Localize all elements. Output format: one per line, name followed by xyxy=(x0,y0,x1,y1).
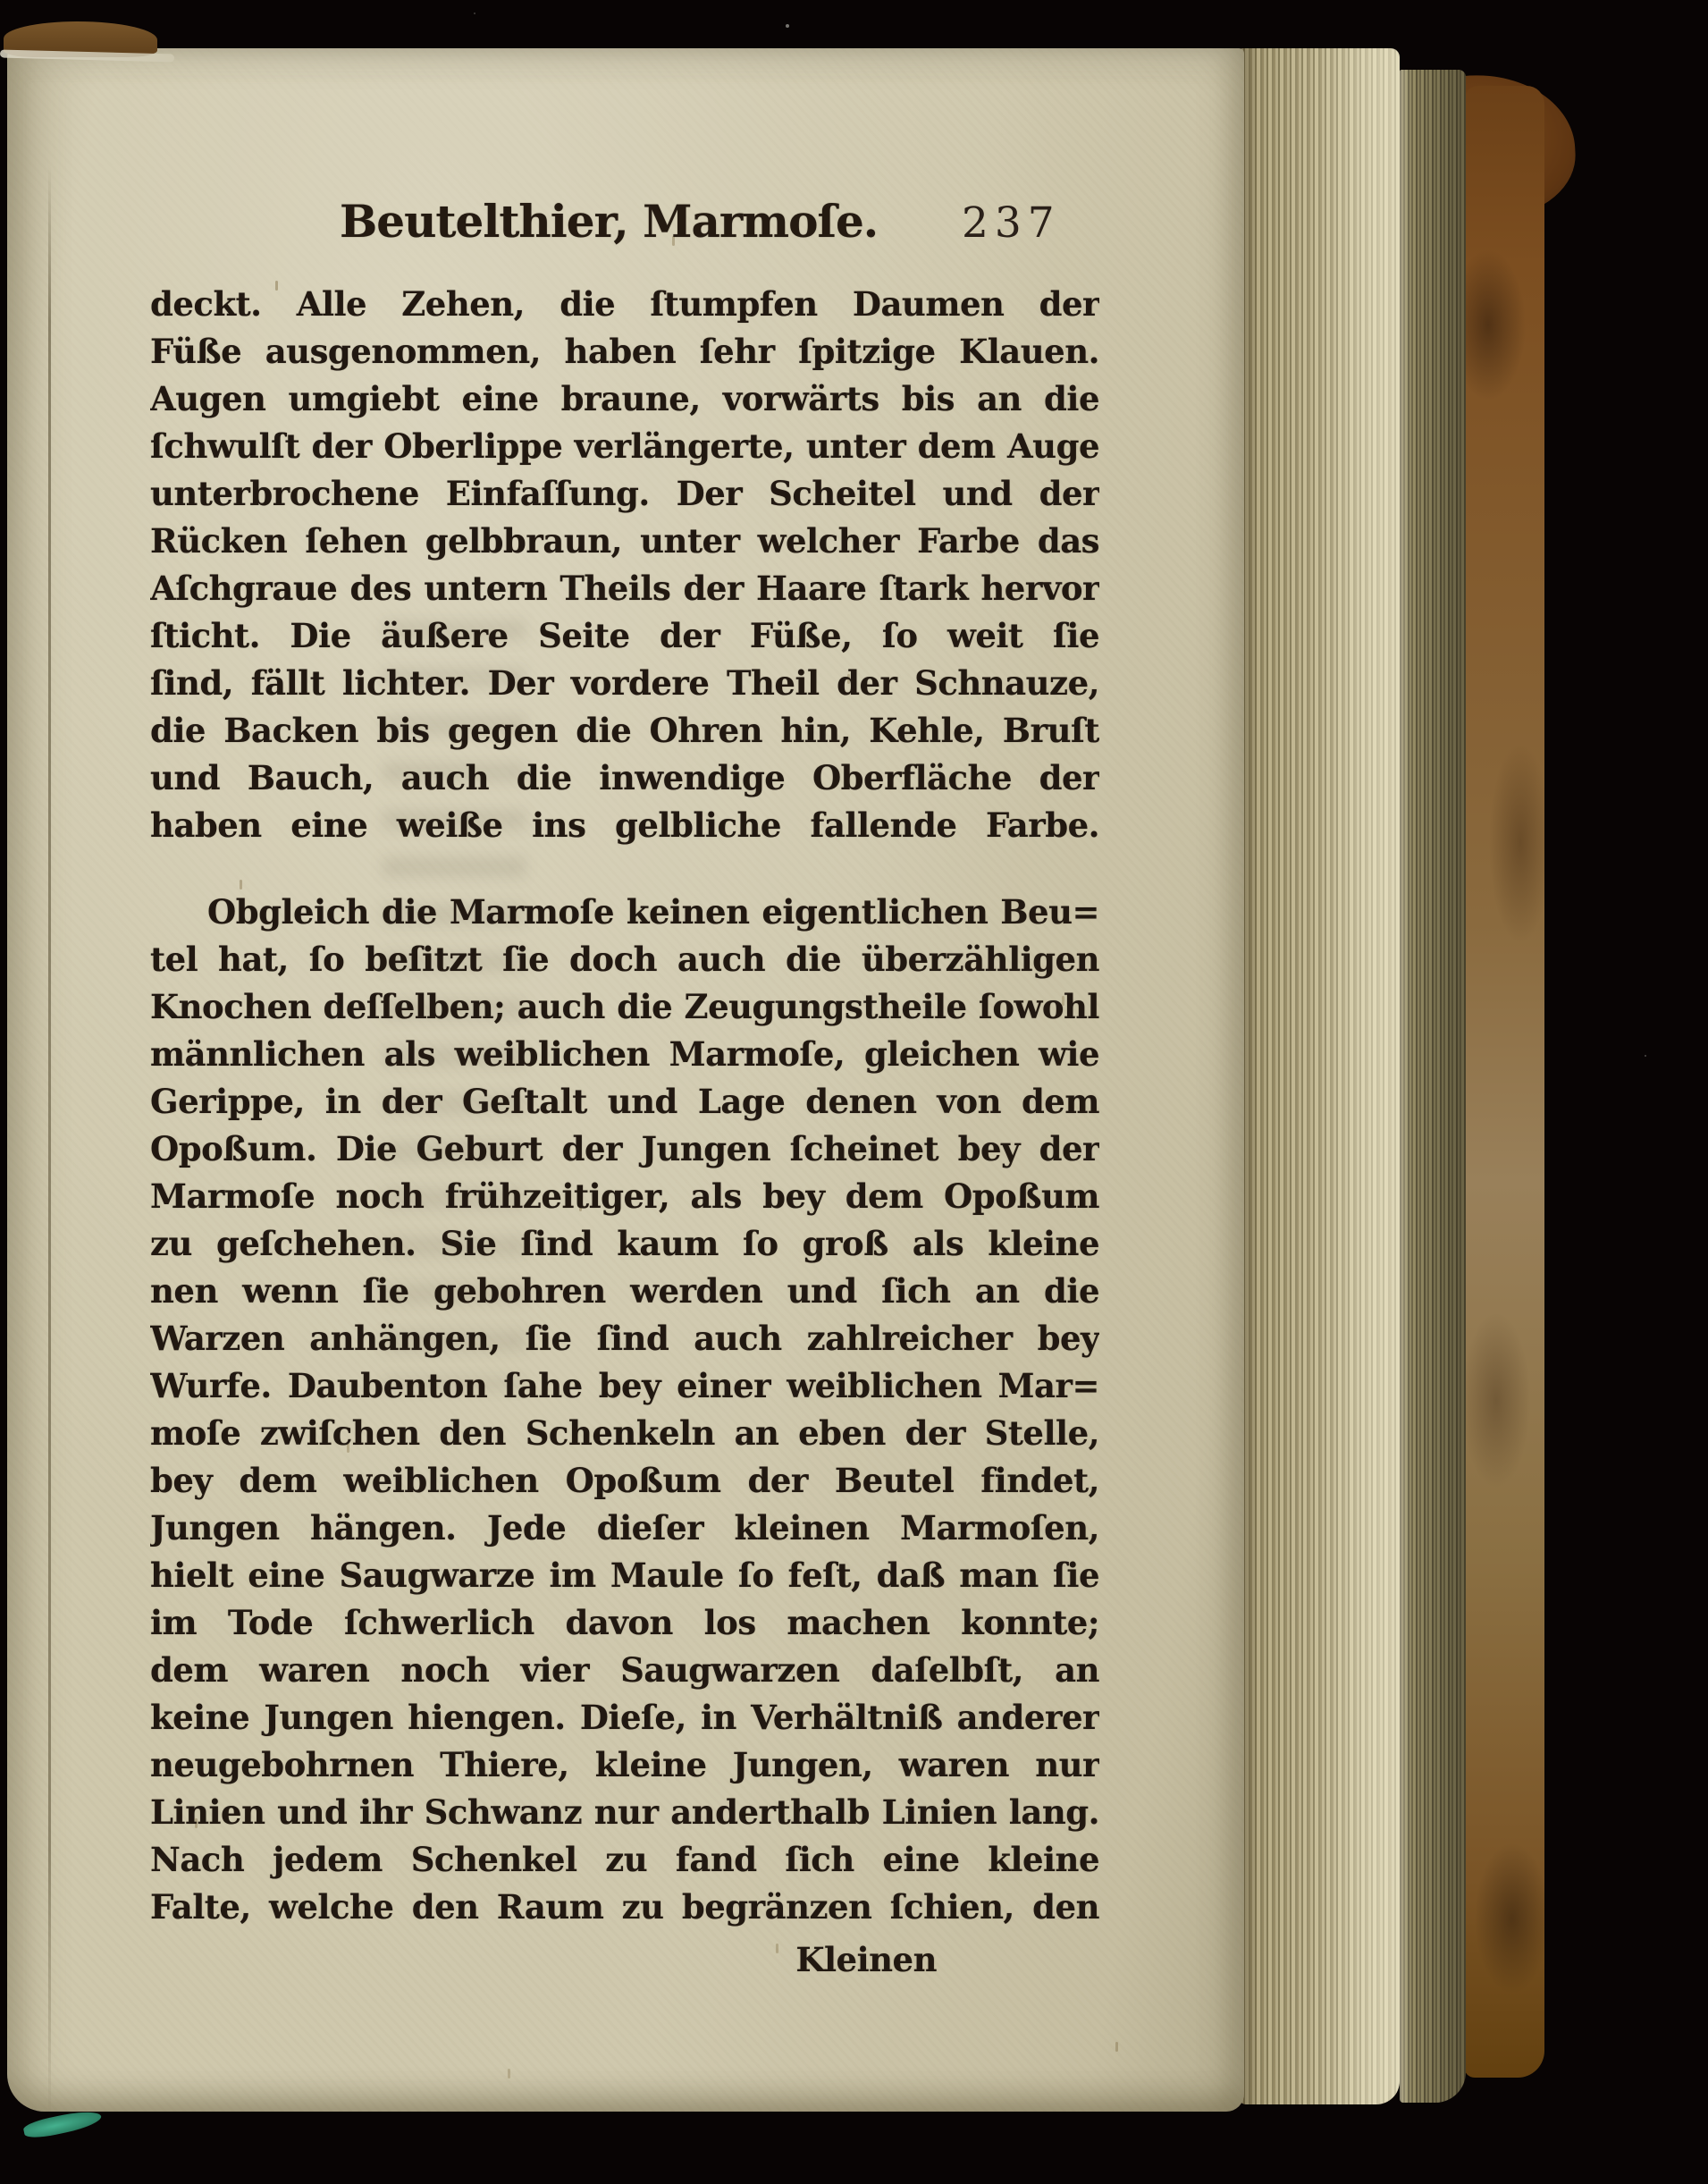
text-line: Rücken ſehen gelbbraun, unter welcher Fa… xyxy=(150,518,1099,565)
body-text-block: deckt. Alle Zehen, die ſtumpfen Daumen d… xyxy=(150,281,1099,1984)
fore-edge-page-stack-dark xyxy=(1400,70,1466,2103)
text-line: und Bauch, auch die inwendige Oberfläche… xyxy=(150,755,1099,802)
text-line: bey dem weiblichen Opoßum der Beutel fin… xyxy=(150,1457,1099,1505)
text-line: Füße ausgenommen, haben ſehr ſpitzige Kl… xyxy=(150,328,1099,375)
text-line: Falte, welche den Raum zu begränzen ſchi… xyxy=(150,1884,1099,1931)
text-line: hielt eine Saugwarze im Maule ſo feſt, d… xyxy=(150,1552,1099,1599)
text-line: haben eine weiße ins gelbliche fallende … xyxy=(150,802,1099,849)
text-line: Obgleich die Marmoſe keinen eigentlichen… xyxy=(150,889,1099,936)
text-line: ſticht. Die äußere Seite der Füße, ſo we… xyxy=(150,612,1099,660)
text-line: ſchwulſt der Oberlippe verlängerte, unte… xyxy=(150,423,1099,470)
page-number: 237 xyxy=(962,198,1061,248)
text-line: Knochen deſſelben; auch die Zeugungsthei… xyxy=(150,983,1099,1031)
running-title: Beutelthier, Marmoſe. xyxy=(340,195,878,248)
paragraph-1: deckt. Alle Zehen, die ſtumpfen Daumen d… xyxy=(150,281,1099,849)
text-line: Jungen hängen. Jede dieſer kleinen Marmo… xyxy=(150,1505,1099,1552)
paragraph-2: Obgleich die Marmoſe keinen eigentlichen… xyxy=(150,889,1099,1931)
gutter-fold-line xyxy=(48,164,51,2122)
page-header: Beutelthier, Marmoſe. 237 xyxy=(150,195,1099,250)
text-line: Gerippe, in der Geſtalt und Lage denen v… xyxy=(150,1078,1099,1126)
text-line: moſe zwiſchen den Schenkeln an eben der … xyxy=(150,1410,1099,1457)
text-line: Linien und ihr Schwanz nur anderthalb Li… xyxy=(150,1789,1099,1836)
text-line: Warzen anhängen, ſie ſind auch zahlreich… xyxy=(150,1315,1099,1362)
text-line: deckt. Alle Zehen, die ſtumpfen Daumen d… xyxy=(150,281,1099,328)
text-line: keine Jungen hiengen. Dieſe, in Verhältn… xyxy=(150,1694,1099,1741)
catchword: Kleinen xyxy=(150,1936,1099,1984)
text-line: die Backen bis gegen die Ohren hin, Kehl… xyxy=(150,707,1099,755)
scanned-book-photo: Beutelthier, Marmoſe. 237 deckt. Alle Ze… xyxy=(0,0,1708,2184)
text-line: Wurfe. Daubenton ſahe bey einer weiblich… xyxy=(150,1362,1099,1410)
text-line: zu geſchehen. Sie ſind kaum ſo groß als … xyxy=(150,1220,1099,1268)
text-line: Nach jedem Schenkel zu fand ſich eine kl… xyxy=(150,1836,1099,1884)
text-line: im Tode ſchwerlich davon los machen konn… xyxy=(150,1599,1099,1647)
backdrop-dust-specks xyxy=(0,0,2,2)
text-line: Aſchgraue des untern Theils der Haare ſt… xyxy=(150,565,1099,612)
leather-cover-edge xyxy=(1464,86,1544,2078)
ink-smudge-bottom-left xyxy=(22,2107,103,2141)
text-line: nen wenn ſie gebohren werden und ſich an… xyxy=(150,1268,1099,1315)
text-line: tel hat, ſo beſitzt ſie doch auch die üb… xyxy=(150,936,1099,983)
text-line: Opoßum. Die Geburt der Jungen ſcheinet b… xyxy=(150,1126,1099,1173)
text-line: dem waren noch vier Saugwarzen daſelbſt,… xyxy=(150,1647,1099,1694)
text-line: unterbrochene Einfaſſung. Der Scheitel u… xyxy=(150,470,1099,518)
text-line: ſind, fällt lichter. Der vordere Theil d… xyxy=(150,660,1099,707)
fore-edge-page-stack xyxy=(1239,48,1400,2104)
text-line: neugebohrnen Thiere, kleine Jungen, ware… xyxy=(150,1741,1099,1789)
text-line: Augen umgiebt eine braune, vorwärts bis … xyxy=(150,375,1099,423)
text-line: männlichen als weiblichen Marmoſe, gleic… xyxy=(150,1031,1099,1078)
text-line: Marmoſe noch frühzeitiger, als bey dem O… xyxy=(150,1173,1099,1220)
